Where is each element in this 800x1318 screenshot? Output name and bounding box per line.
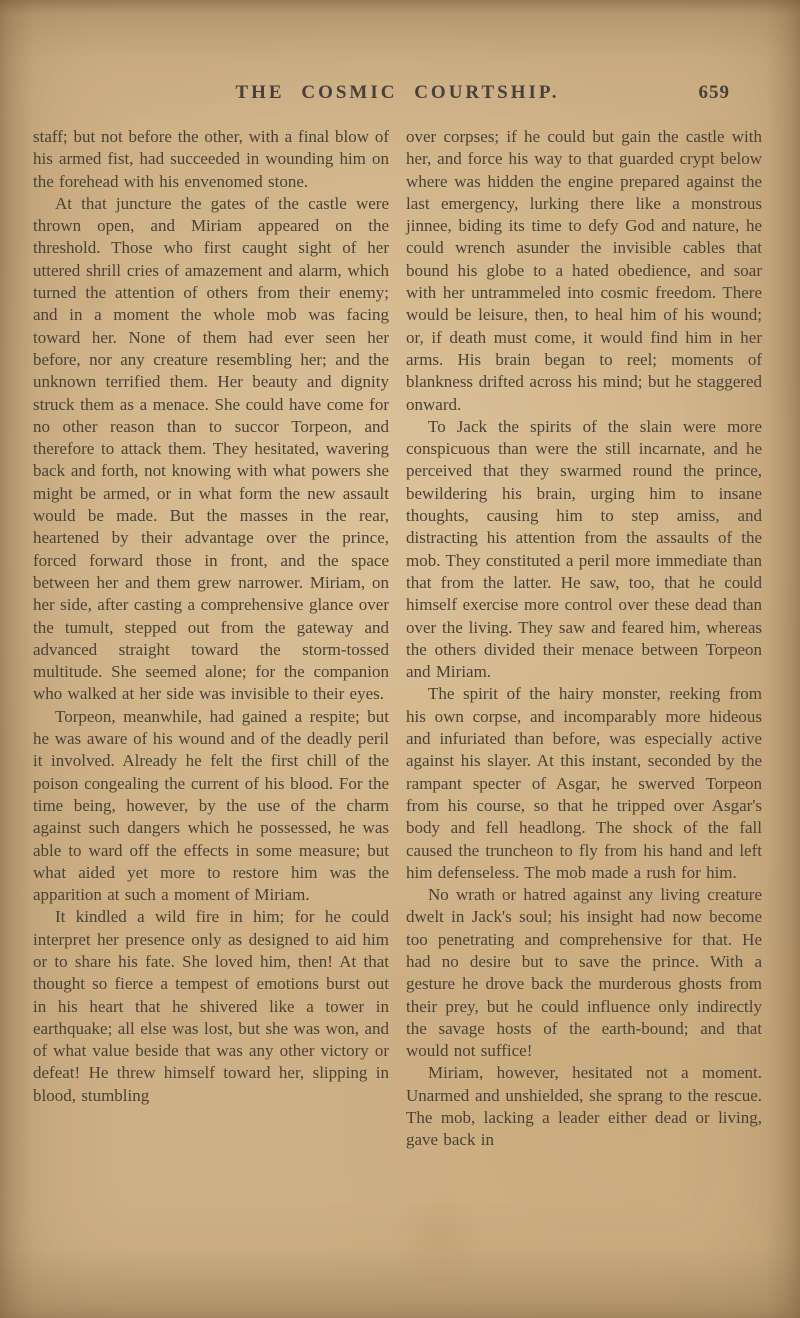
running-head: THE COSMIC COURTSHIP. 659 xyxy=(33,82,762,102)
page-number: 659 xyxy=(699,82,731,104)
book-page: THE COSMIC COURTSHIP. 659 staff; but not… xyxy=(0,0,800,1318)
page-title: THE COSMIC COURTSHIP. xyxy=(33,82,762,104)
paragraph: over corpses; if he could but gain the c… xyxy=(406,126,762,416)
paragraph: Miriam, however, hesitated not a moment.… xyxy=(406,1062,762,1151)
paragraph: staff; but not before the other, with a … xyxy=(33,126,389,193)
paragraph: At that juncture the gates of the castle… xyxy=(33,193,389,706)
paragraph: No wrath or hatred against any living cr… xyxy=(406,884,762,1062)
right-column: over corpses; if he could but gain the c… xyxy=(406,126,762,1152)
paragraph: To Jack the spirits of the slain were mo… xyxy=(406,416,762,684)
left-column: staff; but not before the other, with a … xyxy=(33,126,389,1152)
paragraph: Torpeon, meanwhile, had gained a respite… xyxy=(33,706,389,907)
paragraph: The spirit of the hairy monster, reeking… xyxy=(406,683,762,884)
text-columns: staff; but not before the other, with a … xyxy=(33,126,762,1152)
paragraph: It kindled a wild fire in him; for he co… xyxy=(33,906,389,1107)
